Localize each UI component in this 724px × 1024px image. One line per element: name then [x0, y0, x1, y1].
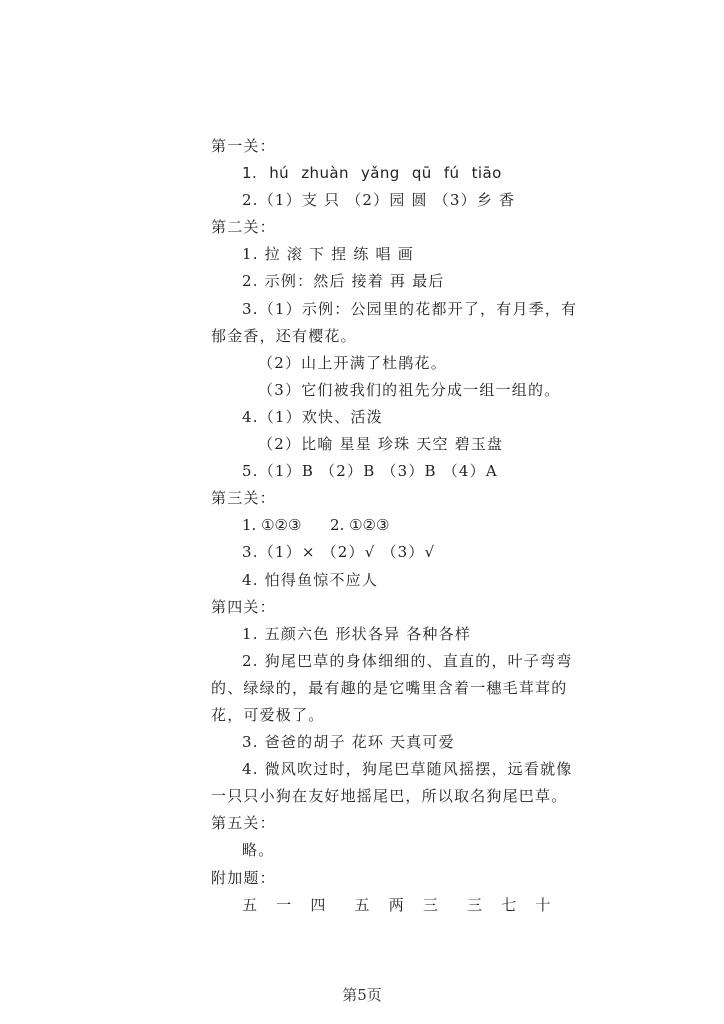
answer-line-continued: 的、绿绿的，最有趣的是它嘴里含着一穗毛茸茸的 [211, 675, 556, 702]
section-title-4: 第四关： [211, 594, 556, 621]
answer-line: 4. 怕得鱼惊不应人 [211, 567, 556, 594]
extra-char: 五 [355, 892, 371, 919]
answer-line: 4. 微风吹过时，狗尾巴草随风摇摆，远看就像 [211, 756, 556, 783]
answer-line-continued: 郁金香，还有樱花。 [211, 323, 556, 350]
extra-char: 一 [276, 892, 292, 919]
answer-line: 1. ①②③ 2. ①②③ [211, 512, 556, 539]
answer-line-continued: 一只只小狗在友好地摇尾巴，所以取名狗尾巴草。 [211, 783, 556, 810]
answer-line: 3.（1）示例：公园里的花都开了，有月季，有 [211, 296, 556, 323]
answer-line: 3.（1）× （2）√ （3）√ [211, 539, 556, 566]
answer-line: 略。 [211, 837, 556, 864]
extra-char: 四 [310, 892, 326, 919]
page-number: 第5页 [0, 984, 724, 1005]
answer-line: （2）比喻 星星 珍珠 天空 碧玉盘 [211, 431, 556, 458]
extra-char: 两 [389, 892, 405, 919]
extra-char: 五 [242, 892, 258, 919]
answer-line: 2. 狗尾巴草的身体细细的、直直的，叶子弯弯 [211, 648, 556, 675]
section-title-1: 第一关： [211, 133, 556, 160]
section-title-3: 第三关： [211, 485, 556, 512]
extra-char: 三 [423, 892, 439, 919]
answer-content: 第一关： 1. hú zhuàn yǎng qū fú tiāo 2.（1）支 … [211, 133, 556, 919]
extra-answer-line: 五 一 四 五 两 三 三 七 十 [211, 892, 556, 919]
section-title-5: 第五关： [211, 810, 556, 837]
extra-char: 十 [535, 892, 551, 919]
answer-line: 5.（1）B （2）B （3）B （4）A [211, 458, 556, 485]
answer-line: （3）它们被我们的祖先分成一组一组的。 [211, 377, 556, 404]
answer-line: 4.（1）欢快、活泼 [211, 404, 556, 431]
answer-line: 3. 爸爸的胡子 花环 天真可爱 [211, 729, 556, 756]
answer-line: 2. 示例：然后 接着 再 最后 [211, 268, 556, 295]
extra-char: 三 [467, 892, 483, 919]
answer-line: 1. 五颜六色 形状各异 各种各样 [211, 621, 556, 648]
answer-line: 1. 拉 滚 下 捏 练 唱 画 [211, 241, 556, 268]
answer-page: 第一关： 1. hú zhuàn yǎng qū fú tiāo 2.（1）支 … [0, 0, 724, 1024]
answer-line-continued: 花，可爱极了。 [211, 702, 556, 729]
answer-line: 2.（1）支 只 （2）园 圆 （3）乡 香 [211, 187, 556, 214]
extra-char: 七 [501, 892, 517, 919]
answer-line: 1. hú zhuàn yǎng qū fú tiāo [211, 160, 556, 187]
section-title-2: 第二关： [211, 214, 556, 241]
answer-line: （2）山上开满了杜鹃花。 [211, 350, 556, 377]
section-title-extra: 附加题： [211, 865, 556, 892]
